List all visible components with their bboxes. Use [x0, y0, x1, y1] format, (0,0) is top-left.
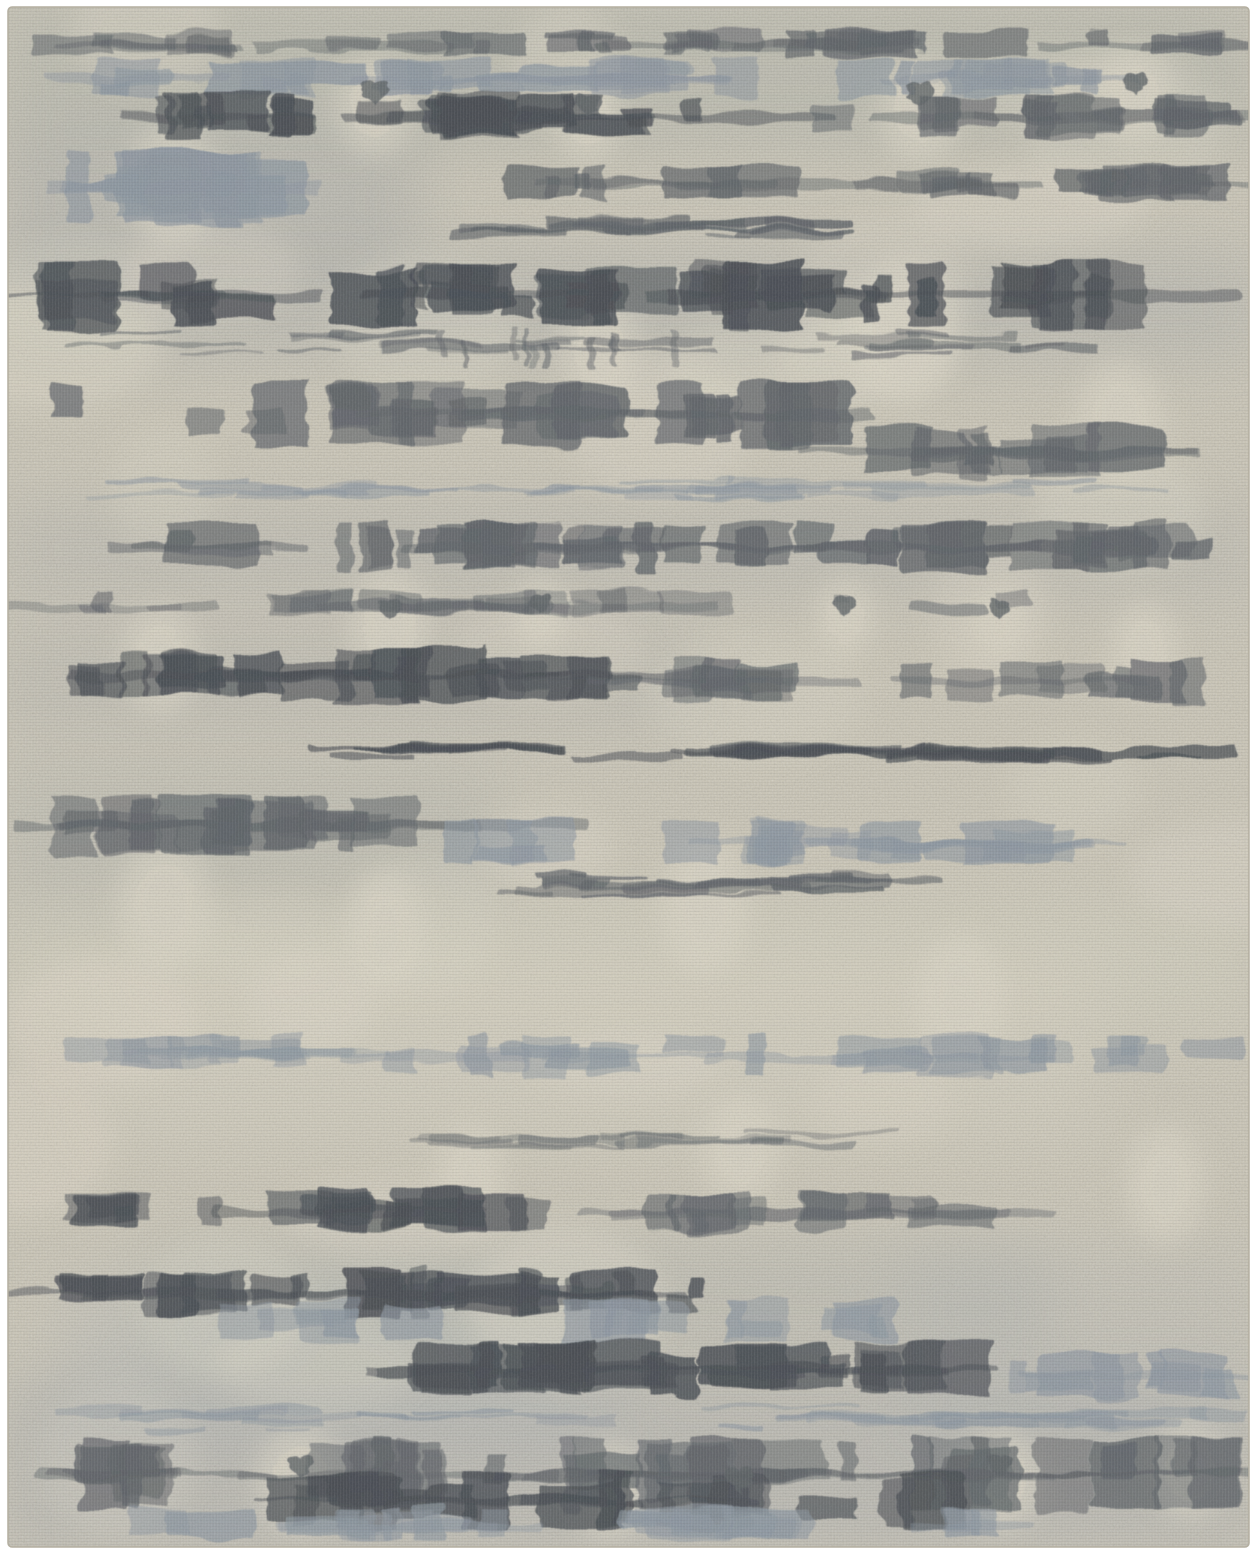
rug-photo: [0, 0, 1257, 1554]
knot-weave-texture: [8, 7, 1249, 1547]
photo-background: [0, 0, 1257, 1554]
